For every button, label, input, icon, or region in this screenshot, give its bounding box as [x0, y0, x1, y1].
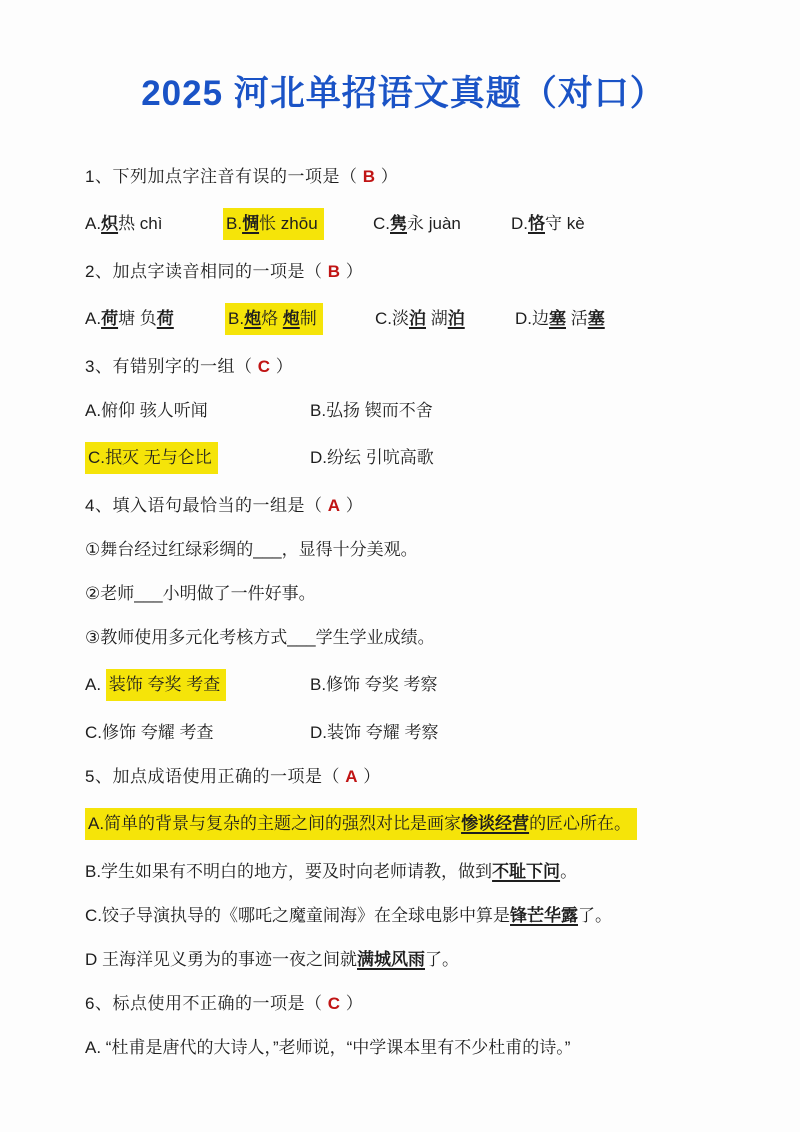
text-segment: 惨谈经营: [461, 814, 529, 833]
text-segment: B.: [228, 309, 244, 328]
question-4-options-row-1: A. 装饰 夸奖 考查B.修饰 夸奖 考察: [85, 669, 722, 701]
stem-text: 3、有错别字的一组（: [85, 357, 258, 376]
option-c: C.修饰 夸耀 考查: [85, 720, 310, 745]
option-c-text: C.淡泊 湖泊: [375, 306, 465, 331]
stem-close: ）: [340, 994, 363, 1013]
question-4-sentence-3: ③教师使用多元化考核方式___学生学业成绩。: [85, 625, 722, 650]
option-b: B.惆怅 zhōu: [223, 208, 373, 240]
question-4-stem: 4、填入语句最恰当的一组是（ A ）: [85, 493, 722, 518]
stem-close: ）: [270, 357, 293, 376]
question-5-option-a: A.简单的背景与复杂的主题之间的强烈对比是画家惨谈经营的匠心所在。: [85, 808, 722, 840]
stem-text: 1、下列加点字注音有误的一项是（: [85, 167, 363, 186]
text-segment: 泊: [409, 309, 426, 328]
option-b: B.弘扬 锲而不舍: [310, 401, 433, 420]
stem-close: ）: [340, 496, 363, 515]
option-b-text: B.修饰 夸奖 考察: [310, 675, 438, 694]
answer-letter: C: [328, 994, 341, 1013]
text-segment: A.: [85, 214, 101, 233]
option-c: C.隽永 juàn: [373, 211, 511, 236]
option-b-text: B.弘扬 锲而不舍: [310, 401, 433, 420]
text-segment: A.: [85, 309, 101, 328]
stem-close: ）: [358, 767, 381, 786]
answer-letter: B: [363, 167, 376, 186]
option-d-text: D.边塞 活塞: [515, 306, 605, 331]
question-5-option-c: C.饺子导演执导的《哪吒之魔童闹海》在全球电影中算是锋芒华露了。: [85, 903, 722, 928]
text-segment: 炮: [244, 309, 261, 328]
text-segment: 惆: [242, 214, 259, 233]
question-5-stem: 5、加点成语使用正确的一项是（ A ）: [85, 764, 722, 789]
text-segment: 湖: [426, 309, 448, 328]
text-segment: D.边: [515, 309, 549, 328]
text-segment: 守 kè: [545, 214, 585, 233]
option-b-text: B.惆怅 zhōu: [223, 208, 324, 240]
stem-close: ）: [340, 262, 363, 281]
option-a-text: A.简单的背景与复杂的主题之间的强烈对比是画家惨谈经营的匠心所在。: [85, 808, 637, 840]
stem-text: 6、标点使用不正确的一项是（: [85, 994, 328, 1013]
option-d: D.边塞 活塞: [515, 306, 605, 331]
text-segment: 的匠心所在。: [529, 814, 631, 833]
text-segment: 不耻下问: [492, 862, 560, 881]
option-a: A. 装饰 夸奖 考查: [85, 669, 310, 701]
text-segment: 炽: [101, 214, 118, 233]
option-b: B.炮烙 炮制: [225, 303, 375, 335]
text-segment: 了。: [425, 950, 459, 969]
text-segment: 荷: [157, 309, 174, 328]
question-4-sentence-1: ①舞台经过红绿彩绸的___，显得十分美观。: [85, 537, 722, 562]
option-d-text: D.纷纭 引吭高歌: [310, 448, 434, 467]
text-segment: 塘 负: [118, 309, 157, 328]
answer-letter: B: [328, 262, 341, 281]
question-6-option-a: A. “杜甫是唐代的大诗人，”老师说，“中学课本里有不少杜甫的诗。”: [85, 1035, 722, 1060]
text-segment: 锋芒华露: [510, 906, 578, 925]
stem-text: 2、加点字读音相同的一项是（: [85, 262, 328, 281]
option-d-text: D.装饰 夸耀 考察: [310, 723, 438, 742]
option-c: C.抿灭 无与仑比: [85, 442, 310, 474]
text-segment: D 王海洋见义勇为的事迹一夜之间就: [85, 950, 357, 969]
answer-letter: A: [345, 767, 358, 786]
text-segment: 满城风雨: [357, 950, 425, 969]
option-c-text: C.饺子导演执导的《哪吒之魔童闹海》在全球电影中算是锋芒华露了。: [85, 903, 612, 928]
text-segment: 怅 zhōu: [259, 214, 318, 233]
text-segment: 恪: [528, 214, 545, 233]
option-a-text: 装饰 夸奖 考查: [106, 669, 226, 701]
option-d-text: D 王海洋见义勇为的事迹一夜之间就满城风雨了。: [85, 947, 459, 972]
stem-close: ）: [375, 167, 398, 186]
text-segment: 塞: [588, 309, 605, 328]
text-segment: 泊: [448, 309, 465, 328]
question-3-options-row-1: A.俯仰 骇人听闻B.弘扬 锲而不舍: [85, 398, 722, 423]
question-3-options-row-2: C.抿灭 无与仑比D.纷纭 引吭高歌: [85, 442, 722, 474]
stem-text: 4、填入语句最恰当的一组是（: [85, 496, 328, 515]
option-d: D.纷纭 引吭高歌: [310, 448, 434, 467]
text-segment: 制: [300, 309, 317, 328]
stem-text: 5、加点成语使用正确的一项是（: [85, 767, 345, 786]
option-c-text: C.修饰 夸耀 考查: [85, 723, 213, 742]
text-segment: 活: [566, 309, 588, 328]
text-segment: 。: [560, 862, 577, 881]
option-a-text: A.俯仰 骇人听闻: [85, 401, 208, 420]
option-a-prefix: A.: [85, 675, 106, 694]
answer-letter: C: [258, 357, 271, 376]
text-segment: 烙: [261, 309, 283, 328]
option-a-text: A.炽热 chì: [85, 211, 162, 236]
question-1-options: A.炽热 chì B.惆怅 zhōu C.隽永 juàn D.恪守 kè: [85, 208, 722, 240]
option-a: A.荷塘 负荷: [85, 306, 225, 331]
option-a: A.炽热 chì: [85, 211, 223, 236]
text-segment: 炮: [283, 309, 300, 328]
option-d: D.恪守 kè: [511, 211, 585, 236]
text-segment: D.: [511, 214, 528, 233]
option-b-text: B.炮烙 炮制: [225, 303, 323, 335]
option-b: B.修饰 夸奖 考察: [310, 675, 438, 694]
option-c: C.淡泊 湖泊: [375, 306, 515, 331]
exam-page: 2025 河北单招语文真题（对口） 1、下列加点字注音有误的一项是（ B ） A…: [0, 0, 800, 1060]
option-d: D.装饰 夸耀 考察: [310, 723, 438, 742]
option-a: A.俯仰 骇人听闻: [85, 398, 310, 423]
question-1-stem: 1、下列加点字注音有误的一项是（ B ）: [85, 164, 722, 189]
option-d-text: D.恪守 kè: [511, 211, 585, 236]
option-a-text: A.荷塘 负荷: [85, 306, 174, 331]
option-c-text: C.抿灭 无与仑比: [85, 442, 218, 474]
text-segment: C.饺子导演执导的《哪吒之魔童闹海》在全球电影中算是: [85, 906, 510, 925]
option-b-text: B.学生如果有不明白的地方，要及时向老师请教，做到不耻下问。: [85, 859, 577, 884]
text-segment: B.学生如果有不明白的地方，要及时向老师请教，做到: [85, 862, 492, 881]
question-5-option-b: B.学生如果有不明白的地方，要及时向老师请教，做到不耻下问。: [85, 859, 722, 884]
question-4-sentence-2: ②老师___小明做了一件好事。: [85, 581, 722, 606]
text-segment: 隽: [390, 214, 407, 233]
page-title: 2025 河北单招语文真题（对口）: [85, 66, 722, 116]
text-segment: C.: [373, 214, 390, 233]
option-c-text: C.隽永 juàn: [373, 211, 461, 236]
question-2-options: A.荷塘 负荷 B.炮烙 炮制 C.淡泊 湖泊 D.边塞 活塞: [85, 303, 722, 335]
text-segment: C.淡: [375, 309, 409, 328]
question-6-stem: 6、标点使用不正确的一项是（ C ）: [85, 991, 722, 1016]
text-segment: 了。: [578, 906, 612, 925]
question-2-stem: 2、加点字读音相同的一项是（ B ）: [85, 259, 722, 284]
text-segment: B.: [226, 214, 242, 233]
text-segment: 塞: [549, 309, 566, 328]
text-segment: 荷: [101, 309, 118, 328]
question-3-stem: 3、有错别字的一组（ C ）: [85, 354, 722, 379]
question-5-option-d: D 王海洋见义勇为的事迹一夜之间就满城风雨了。: [85, 947, 722, 972]
question-4-options-row-2: C.修饰 夸耀 考查D.装饰 夸耀 考察: [85, 720, 722, 745]
text-segment: 永 juàn: [407, 214, 461, 233]
answer-letter: A: [328, 496, 341, 515]
text-segment: 热 chì: [118, 214, 162, 233]
text-segment: A.简单的背景与复杂的主题之间的强烈对比是画家: [88, 814, 461, 833]
